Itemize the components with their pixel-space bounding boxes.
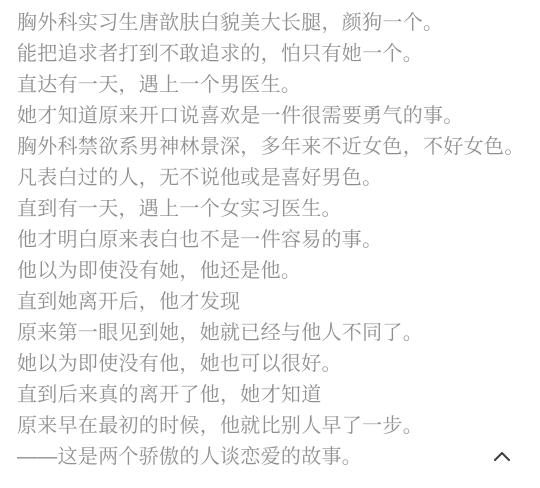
- synopsis-line: 他才明白原来表白也不是一件容易的事。: [17, 225, 530, 256]
- synopsis-line: 直达有一天，遇上一个男医生。: [17, 70, 530, 101]
- synopsis-line: 她才知道原来开口说喜欢是一件很需要勇气的事。: [17, 101, 530, 132]
- synopsis-line: 能把追求者打到不敢追求的，怕只有她一个。: [17, 39, 530, 70]
- synopsis-line: 直到有一天，遇上一个女实习医生。: [17, 194, 530, 225]
- synopsis-line: 她以为即使没有他，她也可以很好。: [17, 349, 530, 380]
- synopsis-line: 他以为即使没有她，他还是他。: [17, 256, 530, 287]
- chevron-up-icon: [493, 451, 511, 462]
- synopsis-line: 原来早在最初的时候，他就比别人早了一步。: [17, 411, 530, 442]
- collapse-synopsis-button[interactable]: [488, 442, 516, 470]
- synopsis-line: 原来第一眼见到她，她就已经与他人不同了。: [17, 318, 530, 349]
- synopsis-line: ——这是两个骄傲的人谈恋爱的故事。: [17, 442, 530, 473]
- synopsis-line: 胸外科实习生唐歆肤白貌美大长腿，颜狗一个。: [17, 8, 530, 39]
- book-synopsis: 胸外科实习生唐歆肤白貌美大长腿，颜狗一个。 能把追求者打到不敢追求的，怕只有她一…: [17, 8, 530, 473]
- synopsis-line: 直到她离开后，他才发现: [17, 287, 530, 318]
- synopsis-line: 直到后来真的离开了他，她才知道: [17, 380, 530, 411]
- synopsis-line: 胸外科禁欲系男神林景深，多年来不近女色，不好女色。: [17, 132, 530, 163]
- synopsis-line: 凡表白过的人，无不说他或是喜好男色。: [17, 163, 530, 194]
